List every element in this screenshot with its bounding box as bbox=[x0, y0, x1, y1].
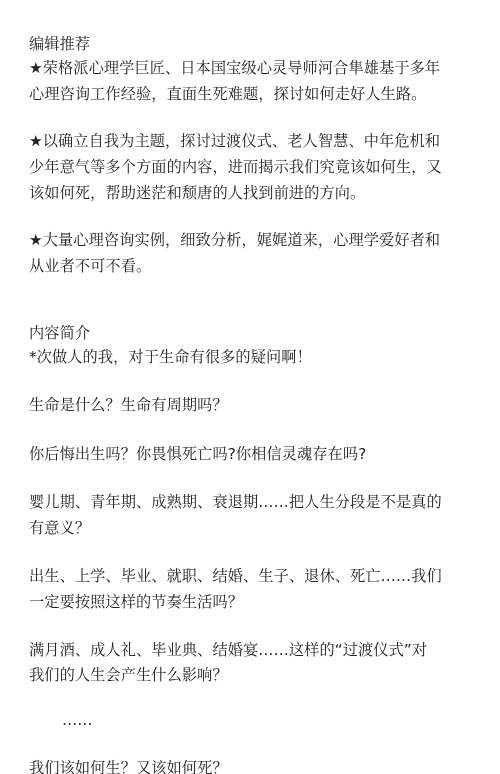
paragraph-line: 婴儿期、青年期、成熟期、衰退期……把人生分段是不是真的 bbox=[29, 492, 442, 512]
paragraph-line: 生命是什么？生命有周期吗？ bbox=[29, 395, 228, 415]
section-heading-editor-recommendation: 编辑推荐 bbox=[29, 34, 90, 54]
paragraph-line: 我们的人生会产生什么影响？ bbox=[29, 665, 228, 685]
paragraph-line: 我们该如何生？又该如何死？ bbox=[29, 758, 228, 774]
paragraph-line: 少年意气等多个方面的内容，进而揭示我们究竟该如何生，又 bbox=[29, 157, 442, 177]
paragraph-line: 出生、上学、毕业、就职、结婚、生子、退休、死亡……我们 bbox=[29, 566, 442, 586]
paragraph-line: 从业者不可不看。 bbox=[29, 256, 151, 276]
paragraph-line: 一定要按照这样的节奏生活吗？ bbox=[29, 592, 243, 612]
paragraph-line: ★大量心理咨询实例，细致分析，娓娓道来，心理学爱好者和 bbox=[29, 230, 440, 250]
paragraph-line: *次做人的我，对于生命有很多的疑问啊！ bbox=[29, 347, 312, 367]
paragraph-line: 满月酒、成人礼、毕业典、结婚宴……这样的“过渡仪式”对 bbox=[29, 640, 427, 660]
ellipsis: …… bbox=[62, 710, 93, 730]
paragraph-line: ★以确立自我为主题，探讨过渡仪式、老人智慧、中年危机和 bbox=[29, 131, 440, 151]
paragraph-line: 该如何死，帮助迷茫和颓唐的人找到前进的方向。 bbox=[29, 183, 365, 203]
paragraph-line: 你后悔出生吗？你畏惧死亡吗?你相信灵魂存在吗? bbox=[29, 444, 366, 464]
paragraph-line: ★荣格派心理学巨匠、日本国宝级心灵导师河合隼雄基于多年 bbox=[29, 58, 440, 78]
paragraph-line: 心理咨询工作经验，直面生死难题，探讨如何走好人生路。 bbox=[29, 84, 426, 104]
paragraph-line: 有意义？ bbox=[29, 518, 90, 538]
section-heading-summary: 内容简介 bbox=[29, 323, 90, 343]
